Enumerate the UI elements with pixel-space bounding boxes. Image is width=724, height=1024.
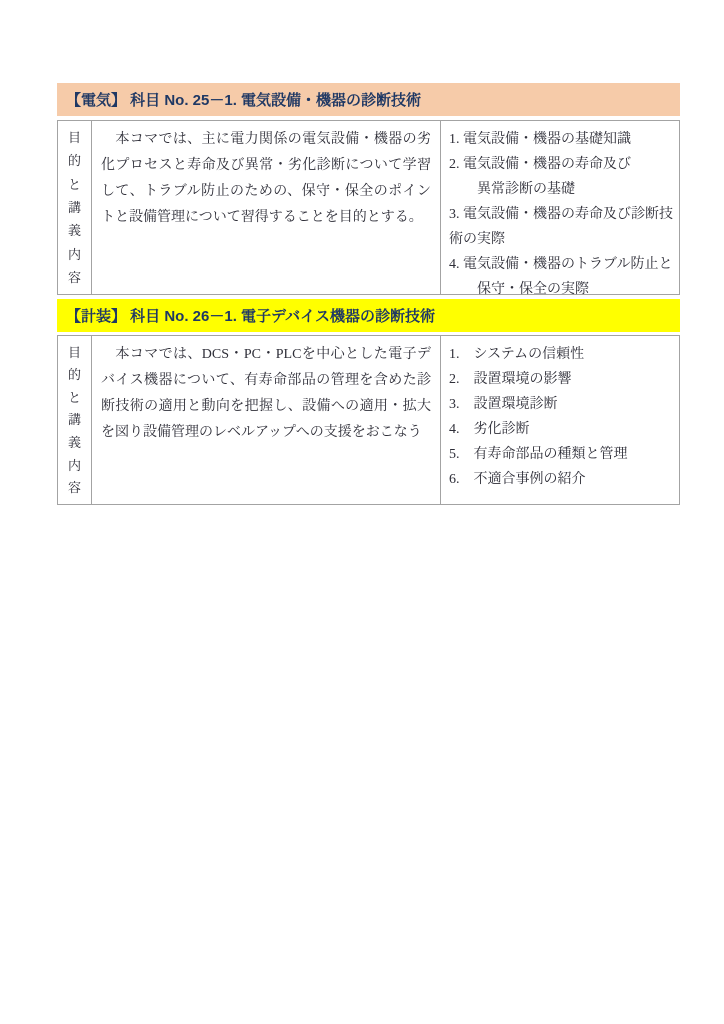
side-label-char: 講 xyxy=(68,201,81,214)
section-electric-header: 【電気】 科目 No. 25－1. 電気設備・機器の診断技術 xyxy=(57,83,680,116)
side-label-char: と xyxy=(68,391,81,404)
topic-item: 6. 不適合事例の紹介 xyxy=(449,467,674,492)
topic-item: 3. 設置環境診断 xyxy=(449,392,674,417)
topic-item: 1. システムの信頼性 xyxy=(449,342,674,367)
purpose-text: 本コマでは、DCS・PC・PLCを中心とした電子デバイス機器について、有寿命部品… xyxy=(92,336,441,504)
topic-item: 1. 電気設備・機器の基礎知識 xyxy=(449,127,674,152)
topic-item: 3. 電気設備・機器の寿命及び診断技術の実際 xyxy=(449,202,674,252)
side-label-char: 容 xyxy=(68,271,81,284)
side-label-char: 的 xyxy=(68,368,81,381)
section-instrument: 【計装】 科目 No. 26－1. 電子デバイス機器の診断技術 目的と講義内容 … xyxy=(57,299,680,505)
topic-item: 4. 劣化診断 xyxy=(449,417,674,442)
topics-list: 1. システムの信頼性2. 設置環境の影響3. 設置環境診断4. 劣化診断5. … xyxy=(441,336,679,504)
side-label-char: 的 xyxy=(68,154,81,167)
side-label-char: 容 xyxy=(68,481,81,494)
topics-list: 1. 電気設備・機器の基礎知識2. 電気設備・機器の寿命及び 異常診断の基礎3.… xyxy=(441,121,679,294)
topic-item: 4. 電気設備・機器のトラブル防止と 保守・保全の実際 xyxy=(449,252,674,302)
section-instrument-header: 【計装】 科目 No. 26－1. 電子デバイス機器の診断技術 xyxy=(57,299,680,332)
side-label-char: 目 xyxy=(68,346,81,359)
side-label-char: 義 xyxy=(68,224,81,237)
document-page: { "colors": { "header1_bg": "#F6CBA9", "… xyxy=(0,0,724,1024)
section-instrument-table: 目的と講義内容 本コマでは、DCS・PC・PLCを中心とした電子デバイス機器につ… xyxy=(57,335,680,505)
purpose-side-label: 目的と講義内容 xyxy=(58,336,92,504)
side-label-char: 目 xyxy=(68,131,81,144)
topic-item: 2. 電気設備・機器の寿命及び 異常診断の基礎 xyxy=(449,152,674,202)
topic-item: 5. 有寿命部品の種類と管理 xyxy=(449,442,674,467)
side-label-char: 内 xyxy=(68,248,81,261)
purpose-text: 本コマでは、主に電力関係の電気設備・機器の劣化プロセスと寿命及び異常・劣化診断に… xyxy=(92,121,441,294)
side-label-char: 内 xyxy=(68,459,81,472)
side-label-char: と xyxy=(68,178,81,191)
syllabus-content: 【電気】 科目 No. 25－1. 電気設備・機器の診断技術 目的と講義内容 本… xyxy=(57,83,680,505)
purpose-side-label: 目的と講義内容 xyxy=(58,121,92,294)
section-electric: 【電気】 科目 No. 25－1. 電気設備・機器の診断技術 目的と講義内容 本… xyxy=(57,83,680,295)
section-electric-table: 目的と講義内容 本コマでは、主に電力関係の電気設備・機器の劣化プロセスと寿命及び… xyxy=(57,120,680,295)
side-label-char: 義 xyxy=(68,436,81,449)
topic-item: 2. 設置環境の影響 xyxy=(449,367,674,392)
side-label-char: 講 xyxy=(68,413,81,426)
